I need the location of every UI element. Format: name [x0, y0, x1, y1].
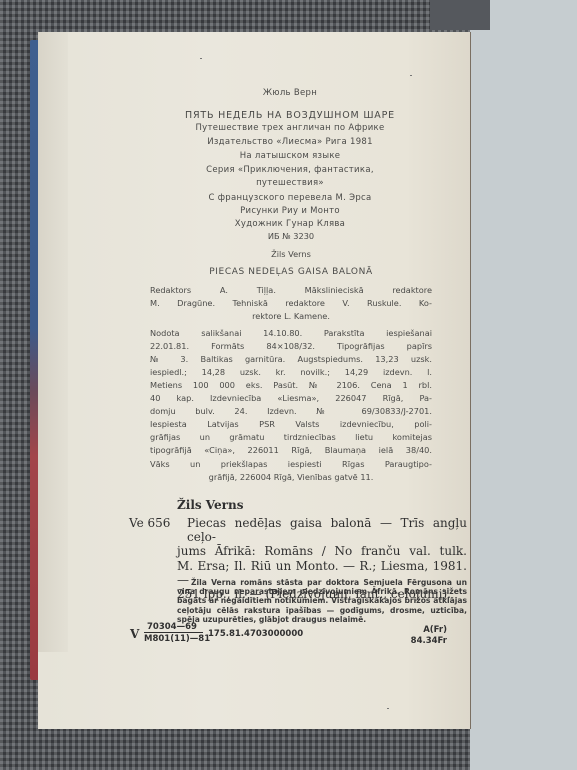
price-line-1: A(Fr)	[411, 625, 447, 636]
editors-line: Redaktors A. Tiļļa. Mākslinieciskā redak…	[150, 284, 432, 297]
imprint-line: domju bulv. 24. Izdevn. № 69/30833/J-270…	[150, 405, 432, 418]
ru-title: ПЯТЬ НЕДЕЛЬ НА ВОЗДУШНОМ ШАРЕ	[150, 109, 430, 122]
annotation-line: ceļotāju cēlās rakstura īpašības — godīg…	[177, 606, 467, 615]
imprint-line: grāfijas un grāmatu tirdzniecības lietu …	[150, 431, 432, 444]
imprint-line: 40 kap. Izdevniecība «Liesma», 226047 Rī…	[150, 392, 432, 405]
price-line-2: 84.34Fr	[411, 636, 447, 647]
ru-translator: С французского перевела М. Эрса	[150, 192, 430, 205]
russian-imprint: Жюль Верн ПЯТЬ НЕДЕЛЬ НА ВОЗДУШНОМ ШАРЕ …	[150, 86, 430, 231]
paper-speck	[200, 58, 202, 59]
fraction-numerator: 70304—69	[144, 622, 203, 633]
entry-line: Piecas nedēļas gaisa balonā — Trīs angļu…	[177, 516, 467, 544]
ru-author: Жюль Верн	[150, 86, 430, 101]
paper-speck	[410, 75, 412, 76]
shelf-code: Ve 656	[129, 516, 170, 530]
ru-illustrations: Рисунки Риу и Монто	[150, 205, 430, 218]
page-gutter	[38, 32, 68, 652]
card-author: Žils Verns	[177, 498, 243, 512]
annotation-line: bagāts ar negaidītiem notikumiem. Vistra…	[177, 596, 467, 605]
imprint-line: iespiedl.; 14,28 uzsk. kr. novilk.; 14,2…	[150, 366, 432, 379]
editors-line: rektore L. Kamene.	[150, 310, 432, 323]
ru-artist: Художник Гунар Клява	[150, 218, 430, 231]
entry-line: jums Āfrikā: Romāns / No franču val. tul…	[177, 544, 467, 558]
lv-author: Žils Verns	[150, 248, 432, 261]
index-number: 175.81.4703000000	[208, 629, 303, 639]
class-letter: V	[130, 627, 139, 641]
ru-series-1: Серия «Приключения, фантастика,	[150, 164, 430, 177]
backing-board	[470, 0, 577, 770]
annotation-line: Žila Verna romāns stāsta par doktora Sem…	[177, 578, 467, 587]
lv-title: PIECAS NEDEĻAS GAISA BALONĀ	[150, 266, 432, 279]
imprint-line: grāfijā, 226004 Rīgā, Vienības gatvē 11.	[150, 471, 432, 484]
paper-speck	[387, 708, 389, 709]
fabric-corner	[430, 0, 490, 30]
annotation-line: viņa draugu neparastajiem piedzīvojumiem…	[177, 587, 467, 596]
latvian-imprint: ИБ № 3230 Žils Verns PIECAS NEDEĻAS GAIS…	[150, 230, 432, 484]
ru-language: На латышском языке	[150, 149, 430, 164]
ru-subtitle: Путешествие трех англичан по Африке	[150, 122, 430, 135]
imprint-line: № 3. Baltikas garnitūra. Augstspiedums. …	[150, 353, 432, 366]
imprint-line: Vāks un priekšlapas iespiesti Rīgas Para…	[150, 458, 432, 471]
imprint-line: Metiens 100 000 eks. Pasūt. № 2106. Cena…	[150, 379, 432, 392]
imprint-line: 22.01.81. Formāts 84×108/32. Tipogrāfija…	[150, 340, 432, 353]
imprint-line: tipogrāfijā «Ciņa», 226011 Rīgā, Blaumaņ…	[150, 444, 432, 457]
imprint-line: Nodota salikšanai 14.10.80. Parakstīta i…	[150, 327, 432, 340]
classification-fraction: 70304—69 M801(11)—81	[144, 622, 210, 644]
imprint-line: Iespiesta Latvijas PSR Valsts izdevniecī…	[150, 418, 432, 431]
fraction-denominator: M801(11)—81	[144, 633, 210, 644]
editors-line: M. Dragūne. Tehniskā redaktore V. Ruskul…	[150, 297, 432, 310]
ru-series-2: путешествия»	[150, 177, 430, 190]
card-annotation: Žila Verna romāns stāsta par doktora Sem…	[177, 578, 467, 624]
ib-number: ИБ № 3230	[150, 230, 432, 243]
price-code: A(Fr) 84.34Fr	[411, 625, 447, 647]
annotation-line: spēja uzupurēties, glābjot draugus nelai…	[177, 615, 467, 624]
ru-publisher: Издательство «Лиесма» Рига 1981	[150, 135, 430, 150]
